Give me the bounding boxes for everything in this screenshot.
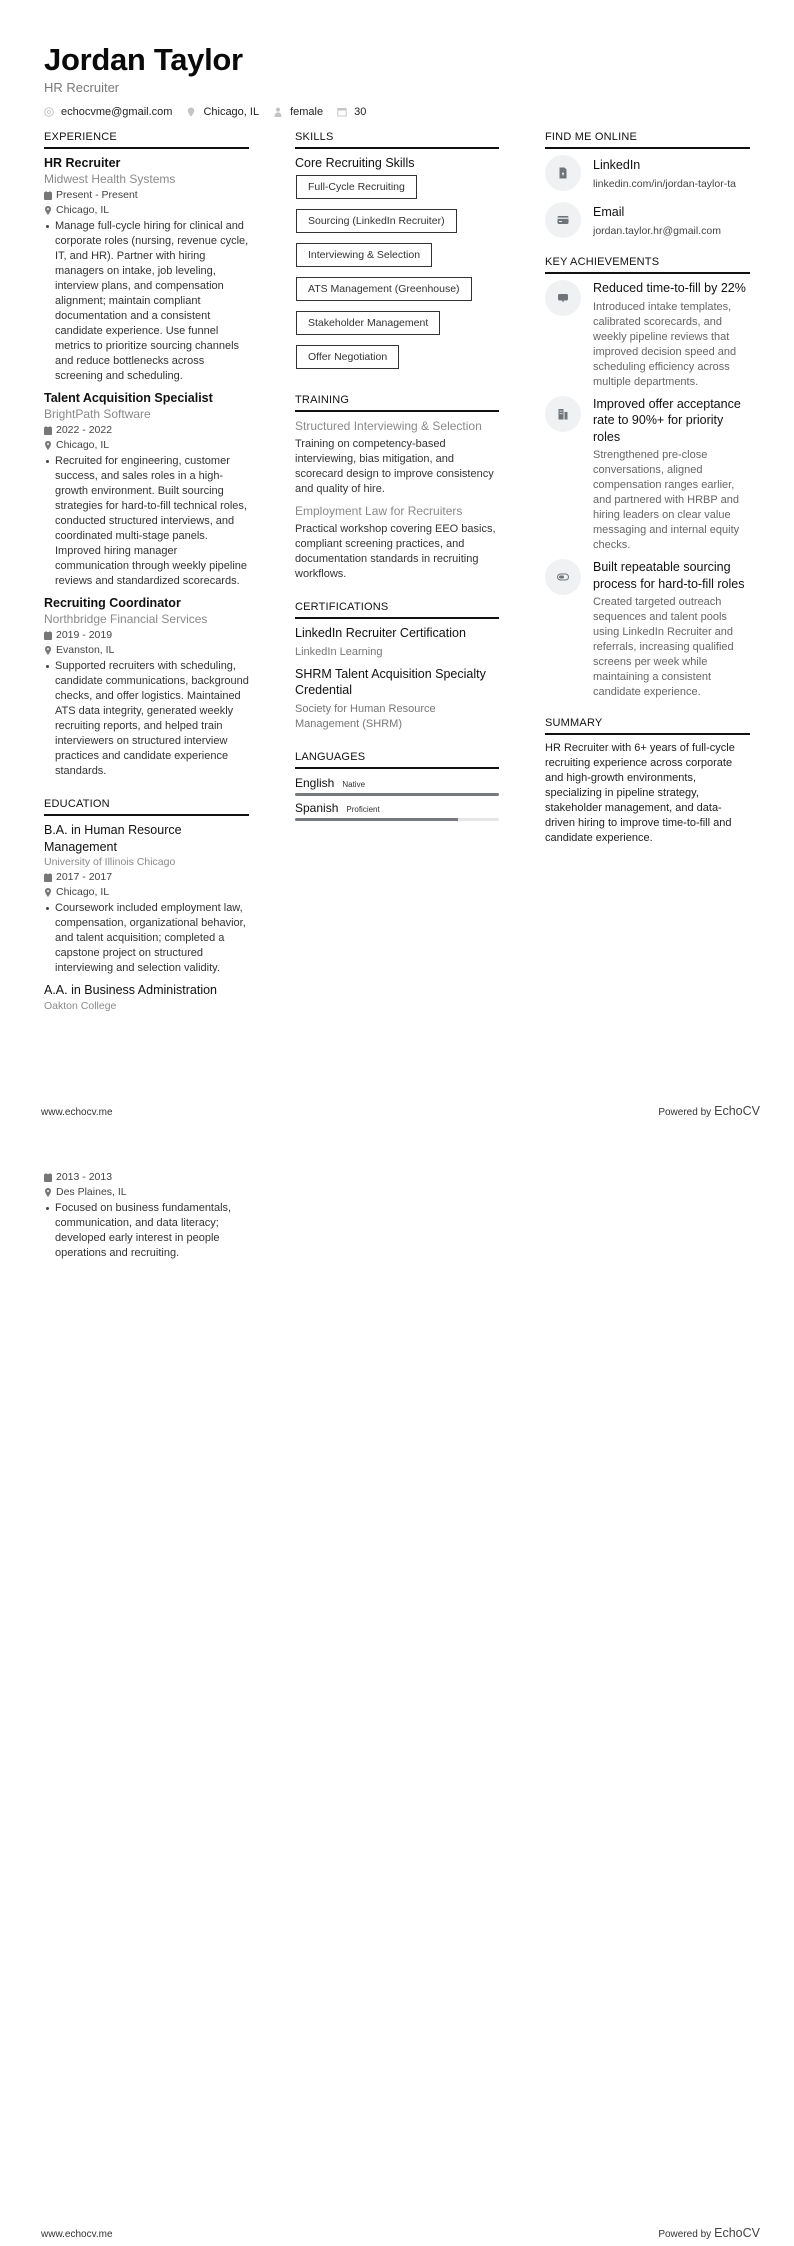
resume-header: Jordan Taylor HR Recruiter echocvme@gmai… — [44, 42, 744, 119]
achievement-item: Built repeatable sourcing process for ha… — [545, 559, 750, 700]
skills-list: Full-Cycle RecruitingSourcing (LinkedIn … — [295, 175, 499, 379]
education-item-continued: 2013 - 2013 Des Plaines, IL Focused on b… — [44, 1170, 254, 1261]
company: BrightPath Software — [44, 406, 249, 423]
cert-org: LinkedIn Learning — [295, 645, 499, 660]
language-level: Native — [342, 780, 365, 789]
section-title: FIND ME ONLINE — [545, 130, 750, 149]
section-title: SUMMARY — [545, 716, 750, 735]
experience-item: Talent Acquisition SpecialistBrightPath … — [44, 390, 249, 589]
middle-column: SKILLS Core Recruiting Skills Full-Cycle… — [295, 130, 499, 839]
education-section: EDUCATION B.A. in Human Resource Managem… — [44, 797, 249, 1014]
training-desc: Practical workshop covering EEO basics, … — [295, 522, 499, 582]
summary-text: HR Recruiter with 6+ years of full-cycle… — [545, 741, 750, 846]
languages-section: LANGUAGES EnglishNativeSpanishProficient — [295, 750, 499, 821]
company: Northbridge Financial Services — [44, 611, 249, 628]
training-desc: Training on competency-based interviewin… — [295, 437, 499, 497]
footer-powered: Powered byEchoCV — [658, 2226, 760, 2240]
achievement-title: Built repeatable sourcing process for ha… — [593, 559, 750, 592]
person-icon — [273, 107, 283, 117]
at-icon — [44, 107, 54, 117]
toggle-icon — [545, 559, 581, 595]
language-name: English — [295, 775, 334, 791]
job-bullet: Supported recruiters with scheduling, ca… — [44, 659, 249, 779]
education-item: B.A. in Human Resource Management Univer… — [44, 822, 249, 976]
online-label: LinkedIn — [593, 157, 753, 173]
dates: 2019 - 2019 — [44, 628, 249, 643]
footer-brand[interactable]: EchoCV — [714, 1104, 760, 1118]
education-bullet: Focused on business fundamentals, commun… — [44, 1201, 254, 1261]
training-title: Structured Interviewing & Selection — [295, 418, 499, 434]
degree: A.A. in Business Administration — [44, 982, 249, 999]
section-title: TRAINING — [295, 393, 499, 412]
location: Evanston, IL — [44, 643, 249, 658]
dates: 2013 - 2013 — [44, 1170, 254, 1185]
language-proficiency-bar — [295, 793, 499, 796]
job-bullet: Recruited for engineering, customer succ… — [44, 454, 249, 589]
job-title: Talent Acquisition Specialist — [44, 390, 249, 406]
section-title: CERTIFICATIONS — [295, 600, 499, 619]
school: University of Illinois Chicago — [44, 855, 249, 870]
certifications-section: CERTIFICATIONS LinkedIn Recruiter Certif… — [295, 600, 499, 732]
document-link-icon — [545, 155, 581, 191]
dates: 2017 - 2017 — [44, 870, 249, 885]
achievements-section: KEY ACHIEVEMENTS Reduced time-to-fill by… — [545, 255, 750, 700]
experience-item: Recruiting CoordinatorNorthbridge Financ… — [44, 595, 249, 779]
calendar-icon — [44, 191, 52, 200]
page-footer: www.echocv.me Powered byEchoCV — [41, 2226, 760, 2240]
right-column: FIND ME ONLINE LinkedIn linkedin.com/in/… — [545, 130, 750, 864]
location-pin-icon — [44, 206, 52, 215]
education-item: A.A. in Business Administration Oakton C… — [44, 982, 249, 1014]
achievement-item: Reduced time-to-fill by 22% Introduced i… — [545, 280, 750, 390]
footer-powered: Powered byEchoCV — [658, 1104, 760, 1118]
experience-section: EXPERIENCE HR RecruiterMidwest Health Sy… — [44, 130, 249, 779]
footer-site-link[interactable]: www.echocv.me — [41, 1107, 113, 1118]
footer-brand[interactable]: EchoCV — [714, 2226, 760, 2240]
experience-item: HR RecruiterMidwest Health SystemsPresen… — [44, 155, 249, 384]
online-email[interactable]: Email jordan.taylor.hr@gmail.com — [545, 202, 750, 239]
calendar-icon — [44, 631, 52, 640]
dates: 2022 - 2022 — [44, 423, 249, 438]
degree: B.A. in Human Resource Management — [44, 822, 249, 855]
calendar-icon — [337, 107, 347, 117]
company: Midwest Health Systems — [44, 171, 249, 188]
skills-section: SKILLS Core Recruiting Skills Full-Cycle… — [295, 130, 499, 379]
skill-tag: Sourcing (LinkedIn Recruiter) — [296, 209, 457, 233]
training-title: Employment Law for Recruiters — [295, 503, 499, 519]
cert-title: LinkedIn Recruiter Certification — [295, 625, 499, 642]
skill-tag: Interviewing & Selection — [296, 243, 432, 267]
calendar-icon — [44, 873, 52, 882]
achievement-desc: Strengthened pre-close conversations, al… — [593, 448, 750, 553]
calendar-icon — [44, 426, 52, 435]
location-pin-icon — [186, 107, 196, 117]
chat-bubble-icon — [545, 280, 581, 316]
achievement-title: Reduced time-to-fill by 22% — [593, 280, 750, 297]
education-bullet: Coursework included employment law, comp… — [44, 901, 249, 976]
location-pin-icon — [44, 888, 52, 897]
job-bullet: Manage full-cycle hiring for clinical an… — [44, 219, 249, 384]
online-label: Email — [593, 204, 753, 220]
left-column: EXPERIENCE HR RecruiterMidwest Health Sy… — [44, 130, 249, 1032]
training-section: TRAINING Structured Interviewing & Selec… — [295, 393, 499, 582]
section-title: EDUCATION — [44, 797, 249, 816]
skill-tag: Stakeholder Management — [296, 311, 440, 335]
skill-group-title: Core Recruiting Skills — [295, 155, 499, 171]
summary-section: SUMMARY HR Recruiter with 6+ years of fu… — [545, 716, 750, 846]
skill-tag: Offer Negotiation — [296, 345, 399, 369]
online-section: FIND ME ONLINE LinkedIn linkedin.com/in/… — [545, 130, 750, 239]
meta-gender: female — [273, 105, 323, 119]
cert-title: SHRM Talent Acquisition Specialty Creden… — [295, 666, 499, 699]
location: Chicago, IL — [44, 203, 249, 218]
school: Oakton College — [44, 999, 249, 1014]
section-title: EXPERIENCE — [44, 130, 249, 149]
meta-email: echocvme@gmail.com — [44, 105, 172, 119]
page-footer: www.echocv.me Powered byEchoCV — [41, 1104, 760, 1118]
contact-meta: echocvme@gmail.com Chicago, IL female 30 — [44, 105, 744, 119]
card-icon — [545, 202, 581, 238]
skill-tag: ATS Management (Greenhouse) — [296, 277, 472, 301]
cert-org: Society for Human Resource Management (S… — [295, 702, 499, 732]
language-item: SpanishProficient — [295, 800, 499, 821]
language-name: Spanish — [295, 800, 338, 816]
linkedin-url[interactable]: linkedin.com/in/jordan-taylor-ta — [593, 177, 753, 192]
section-title: LANGUAGES — [295, 750, 499, 769]
location: Chicago, IL — [44, 438, 249, 453]
email-address[interactable]: jordan.taylor.hr@gmail.com — [593, 224, 753, 239]
achievement-desc: Introduced intake templates, calibrated … — [593, 300, 750, 390]
achievement-item: Improved offer acceptance rate to 90%+ f… — [545, 396, 750, 554]
footer-site-link[interactable]: www.echocv.me — [41, 2229, 113, 2240]
candidate-name: Jordan Taylor — [44, 42, 744, 78]
language-item: EnglishNative — [295, 775, 499, 796]
achievement-title: Improved offer acceptance rate to 90%+ f… — [593, 396, 750, 446]
dates: Present - Present — [44, 188, 249, 203]
location-pin-icon — [44, 646, 52, 655]
location-pin-icon — [44, 1188, 52, 1197]
section-title: KEY ACHIEVEMENTS — [545, 255, 750, 274]
section-title: SKILLS — [295, 130, 499, 149]
language-proficiency-bar — [295, 818, 499, 821]
job-title: Recruiting Coordinator — [44, 595, 249, 611]
calendar-icon — [44, 1173, 52, 1182]
location: Chicago, IL — [44, 885, 249, 900]
building-icon — [545, 396, 581, 432]
job-title: HR Recruiter — [44, 155, 249, 171]
candidate-role: HR Recruiter — [44, 80, 744, 96]
achievement-desc: Created targeted outreach sequences and … — [593, 595, 750, 700]
language-level: Proficient — [346, 805, 379, 814]
meta-age: 30 — [337, 105, 366, 119]
location-pin-icon — [44, 441, 52, 450]
meta-location: Chicago, IL — [186, 105, 259, 119]
location: Des Plaines, IL — [44, 1185, 254, 1200]
skill-tag: Full-Cycle Recruiting — [296, 175, 417, 199]
online-linkedin[interactable]: LinkedIn linkedin.com/in/jordan-taylor-t… — [545, 155, 750, 192]
